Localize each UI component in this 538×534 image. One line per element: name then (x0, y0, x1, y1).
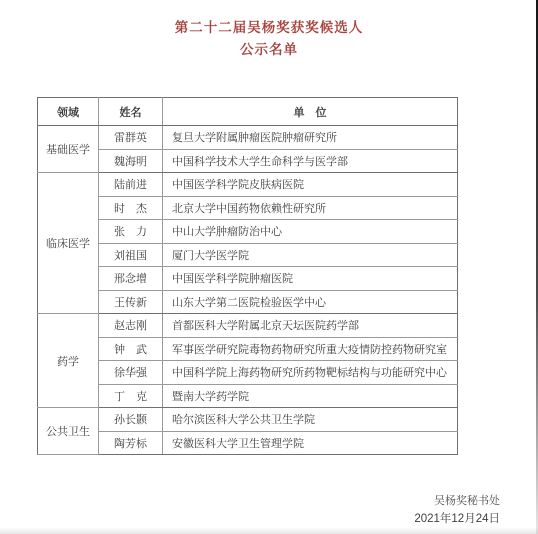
table-row: 钟 武军事医学研究院毒物药物研究所重大疫情防控药物研究室 (38, 337, 458, 361)
table-row: 陶芳标安徽医科大学卫生管理学院 (38, 431, 458, 455)
name-cell: 王传新 (99, 290, 163, 314)
title-line-2: 公示名单 (0, 39, 538, 61)
name-cell: 时 杰 (99, 196, 163, 220)
table-row: 临床医学陆前进中国医学科学院皮肤病医院 (38, 173, 458, 197)
field-cell: 临床医学 (38, 173, 99, 314)
column-header-field: 领域 (38, 98, 99, 126)
unit-cell: 首都医科大学附属北京天坛医院药学部 (163, 314, 458, 338)
table-row: 刘祖国厦门大学医学院 (38, 243, 458, 267)
unit-cell: 中山大学肿瘤防治中心 (163, 220, 458, 244)
name-cell: 陆前进 (99, 173, 163, 197)
name-cell: 孙长颢 (99, 408, 163, 432)
document-page: 第二十二届吴杨奖获奖候选人 公示名单 领域 姓名 单 位 基础医学雷群英复旦大学… (0, 0, 538, 534)
name-cell: 钟 武 (99, 337, 163, 361)
name-cell: 刘祖国 (99, 243, 163, 267)
table-row: 基础医学雷群英复旦大学附属肿瘤医院肿瘤研究所 (38, 126, 458, 150)
unit-cell: 中国科学院上海药物研究所药物靶标结构与功能研究中心 (163, 361, 458, 385)
name-cell: 魏海明 (99, 149, 163, 173)
unit-cell: 安徽医科大学卫生管理学院 (163, 431, 458, 455)
candidates-table: 领域 姓名 单 位 基础医学雷群英复旦大学附属肿瘤医院肿瘤研究所魏海明中国科学技… (37, 97, 458, 455)
name-cell: 张 力 (99, 220, 163, 244)
unit-cell: 中国科学技术大学生命科学与医学部 (163, 149, 458, 173)
unit-cell: 哈尔滨医科大学公共卫生学院 (163, 408, 458, 432)
field-cell: 药学 (38, 314, 99, 408)
title-line-1: 第二十二届吴杨奖获奖候选人 (0, 17, 538, 39)
unit-cell: 复旦大学附属肿瘤医院肿瘤研究所 (163, 126, 458, 150)
unit-cell: 厦门大学医学院 (163, 243, 458, 267)
unit-cell: 山东大学第二医院检验医学中心 (163, 290, 458, 314)
footer-signature: 吴杨奖秘书处 (414, 492, 500, 510)
table-row: 张 力中山大学肿瘤防治中心 (38, 220, 458, 244)
unit-cell: 中国医学科学院肿瘤医院 (163, 267, 458, 291)
unit-cell: 北京大学中国药物依赖性研究所 (163, 196, 458, 220)
name-cell: 赵志刚 (99, 314, 163, 338)
scan-edge-bottom (0, 527, 538, 534)
table-row: 时 杰北京大学中国药物依赖性研究所 (38, 196, 458, 220)
unit-cell: 军事医学研究院毒物药物研究所重大疫情防控药物研究室 (163, 337, 458, 361)
document-footer: 吴杨奖秘书处 2021年12月24日 (414, 492, 500, 529)
table-row: 徐华强中国科学院上海药物研究所药物靶标结构与功能研究中心 (38, 361, 458, 385)
table-row: 公共卫生孙长颢哈尔滨医科大学公共卫生学院 (38, 408, 458, 432)
field-cell: 基础医学 (38, 126, 99, 173)
unit-cell: 中国医学科学院皮肤病医院 (163, 173, 458, 197)
name-cell: 陶芳标 (99, 431, 163, 455)
table-header-row: 领域 姓名 单 位 (38, 98, 458, 126)
table-row: 药学赵志刚首都医科大学附属北京天坛医院药学部 (38, 314, 458, 338)
table-row: 邢念增中国医学科学院肿瘤医院 (38, 267, 458, 291)
column-header-name: 姓名 (99, 98, 163, 126)
field-cell: 公共卫生 (38, 408, 99, 455)
document-title: 第二十二届吴杨奖获奖候选人 公示名单 (0, 17, 538, 61)
name-cell: 丁 克 (99, 384, 163, 408)
column-header-unit: 单 位 (163, 98, 458, 126)
table-row: 王传新山东大学第二医院检验医学中心 (38, 290, 458, 314)
name-cell: 邢念增 (99, 267, 163, 291)
table-row: 魏海明中国科学技术大学生命科学与医学部 (38, 149, 458, 173)
name-cell: 雷群英 (99, 126, 163, 150)
table-row: 丁 克暨南大学药学院 (38, 384, 458, 408)
name-cell: 徐华强 (99, 361, 163, 385)
unit-cell: 暨南大学药学院 (163, 384, 458, 408)
